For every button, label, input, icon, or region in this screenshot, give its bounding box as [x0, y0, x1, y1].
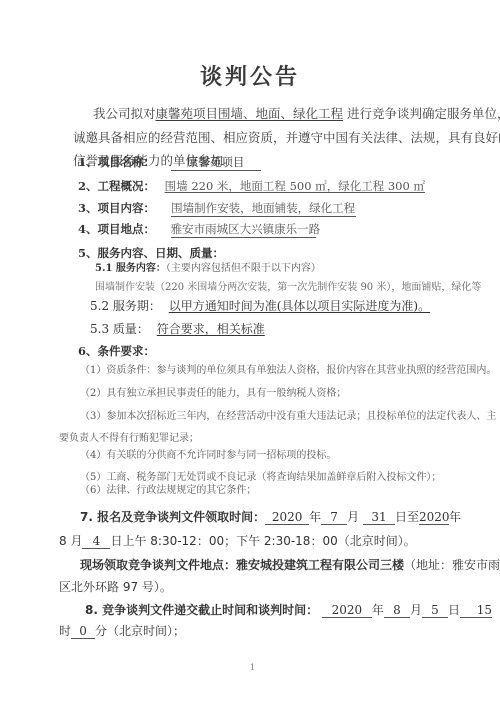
s8-year-unit: 年 — [372, 603, 384, 617]
item-label: 1、项目名称： — [78, 155, 155, 169]
page-title: 谈判公告 — [0, 60, 500, 91]
item-value: 雅安市雨城区大兴镇康乐一路 — [171, 221, 316, 238]
intro-prefix: 我公司拟对 — [93, 106, 156, 121]
s51-detail: 围墙制作安装（220 米围墙分两次安装，第一次先制作安装 90 米），地面铺贴，… — [95, 278, 481, 293]
s7-end-day: 4 — [82, 534, 110, 549]
section-7-line-2: 8 月4日上午 8:30-12：00；下午 2:30-18：00（北京时间）。 — [59, 532, 416, 549]
item-project-content: 3、项目内容： 围墙制作安装，地面铺装，绿化工程 — [78, 200, 356, 217]
condition-6: （6）法律、行政法规规定的其它条件； — [80, 481, 256, 496]
s8-month-unit: 月 — [410, 603, 422, 617]
s8-day: 5 — [422, 603, 448, 618]
section-8-line-2: 时0分（北京时间）； — [59, 622, 185, 639]
section-5-1: 5.1 服务内容：（主要内容包括但不限于以下内容） — [95, 259, 321, 274]
intro-project-name: 康馨苑项目围墙、地面、绿化工程 — [156, 106, 344, 121]
s52-value: 以甲方通知时间为准(具体以项目实际进度为准)。 — [169, 299, 430, 313]
condition-1: （1）资质条件：参与谈判的单位须具有单独法人资格，报价内容在其营业执照的经营范围… — [80, 361, 496, 376]
section-6-heading-text: 6、条件要求： — [78, 344, 155, 358]
s7-location-addr: （地址：雅安市雨城 — [404, 558, 500, 572]
s7-end-month: 8 月 — [59, 534, 82, 548]
s7-start-month: 7 — [321, 510, 347, 525]
s53-value: 符合要求，相关标准 — [157, 322, 265, 336]
section-5-heading-text: 5、服务内容、日期、质量： — [78, 246, 224, 260]
condition-2: （2）具有独立承担民事责任的能力，具有一般纳税人资格； — [80, 384, 346, 399]
s8-year: 2020 — [322, 603, 372, 618]
s8-tail: 分（北京时间）； — [95, 624, 185, 638]
section-5-2: 5.2 服务期： 以甲方通知时间为准(具体以项目实际进度为准)。 — [90, 297, 430, 314]
intro-suffix: 进行竞争谈判确定服务单位，现 — [343, 106, 500, 121]
intro-line-2: 诚邀具备相应的经营范围、相应资质，并遵守中国有关法律、法规，具有良好的服务 — [73, 128, 500, 146]
condition-4: （4）有关联的分供商不允许同时参与同一招标项的投标。 — [80, 446, 336, 461]
s7-start-year: 2020 — [265, 510, 309, 525]
s7-location-label: 现场领取竞争谈判文件地点：雅安城投建筑工程有限公司三楼 — [80, 558, 404, 572]
section-5-3: 5.3 质量： 符合要求，相关标准 — [90, 320, 265, 337]
s53-label: 5.3 质量： — [90, 322, 149, 336]
item-value: 围墙 220 米，地面工程 500 ㎡，绿化工程 300 ㎡ — [165, 179, 425, 193]
item-project-name: 1、项目名称： 康馨苑项目 — [78, 154, 261, 171]
s52-label: 5.2 服务期： — [90, 299, 161, 313]
s8-label: 8. 竞争谈判文件递交截止时间和谈判时间： — [85, 603, 318, 617]
section-8-line-1: 8. 竞争谈判文件递交截止时间和谈判时间： 2020年8月5日15 — [85, 601, 492, 618]
item-project-overview: 2、工程概况： 围墙 220 米，地面工程 500 ㎡，绿化工程 300 ㎡ — [78, 178, 425, 194]
s7-year-unit: 年 — [309, 510, 321, 524]
s51-label: 5.1 服务内容： — [95, 263, 166, 274]
s7-times: 日上午 8:30-12：00；下午 2:30-18：00（北京时间）。 — [110, 534, 415, 548]
s7-month-unit: 月 — [347, 510, 359, 524]
s8-hour-unit: 时 — [59, 624, 71, 638]
item-value: 围墙制作安装，地面铺装，绿化工程 — [171, 200, 356, 217]
condition-3: （3）参加本次招标近三年内，在经营活动中没有重大违法记录；且投标单位的法定代表人… — [80, 407, 496, 422]
item-label: 3、项目内容： — [78, 201, 155, 215]
s51-note: （主要内容包括但不限于以下内容） — [166, 263, 321, 274]
item-label: 4、项目地点： — [78, 222, 155, 236]
intro-line-1: 我公司拟对康馨苑项目围墙、地面、绿化工程 进行竞争谈判确定服务单位，现 — [93, 104, 500, 122]
section-7-location: 现场领取竞争谈判文件地点：雅安城投建筑工程有限公司三楼（地址：雅安市雨城 — [80, 556, 500, 573]
page-number: 1 — [250, 663, 255, 672]
s7-location-addr-cont: 区北外环路 97 号）。 — [59, 578, 172, 595]
item-label: 2、工程概况： — [78, 179, 155, 193]
section-7-line-1: 7. 报名及竞争谈判文件领取时间：2020年7月 31日至2020年 — [80, 508, 461, 525]
s7-end-year-unit: 年 — [449, 510, 461, 524]
s8-minute: 0 — [71, 624, 95, 639]
s7-start-day: 31 — [363, 510, 395, 525]
s8-month: 8 — [384, 603, 410, 618]
item-project-location: 4、项目地点： 雅安市雨城区大兴镇康乐一路 — [78, 221, 316, 238]
section-6-heading: 6、条件要求： — [78, 343, 155, 359]
condition-3-cont: 要负责人不得有行贿犯罪记录； — [59, 429, 199, 444]
s7-end-year: 2020 — [419, 510, 449, 525]
s8-day-unit: 日 — [448, 603, 460, 617]
s7-label: 7. 报名及竞争谈判文件领取时间： — [80, 510, 265, 524]
item-value: 康馨苑项目 — [171, 154, 261, 171]
s7-day-to: 日至 — [395, 510, 419, 524]
s8-hour: 15 — [460, 603, 492, 618]
